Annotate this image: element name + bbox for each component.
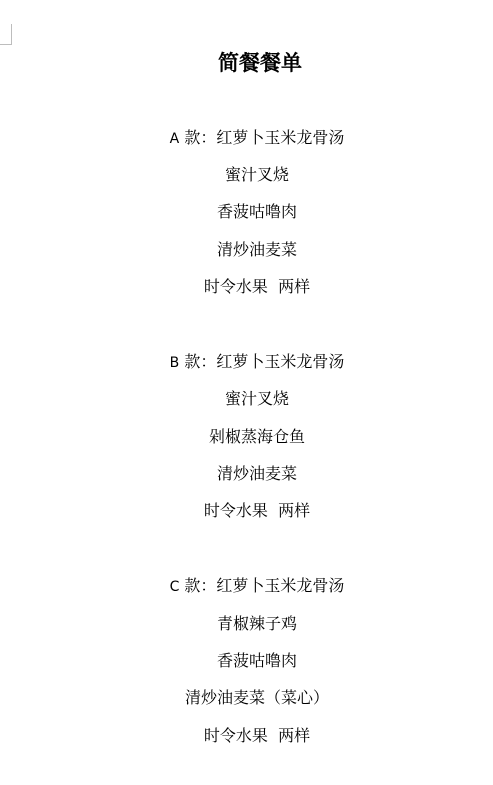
menu-b-item-2: 剁椒蒸海仓鱼 [0,426,493,448]
menu-b-item-1: 蜜汁叉烧 [0,388,493,410]
menu-a-soup: 款：红萝卜玉米龙骨汤 [179,128,344,147]
menu-a-item-1: 蜜汁叉烧 [0,164,493,186]
menu-a-item-3: 清炒油麦菜 [0,239,493,261]
menu-c-header: C 款：红萝卜玉米龙骨汤 [0,575,493,598]
menu-c-label: C [170,579,180,595]
menu-c-item-1: 青椒辣子鸡 [0,613,493,635]
menu-b-header: B 款：红萝卜玉米龙骨汤 [0,351,493,374]
menu-b-label: B [170,355,180,371]
page-title: 简餐餐单 [0,48,493,78]
menu-a-label: A [170,131,180,147]
page-corner-mark [0,24,12,45]
menu-a-item-2: 香菠咕噜肉 [0,201,493,223]
menu-c-item-2: 香菠咕噜肉 [0,650,493,672]
menu-c-item-4: 时令水果 两样 [0,725,493,747]
menu-c-item-3: 清炒油麦菜（菜心） [0,687,493,709]
menu-c-soup: 款：红萝卜玉米龙骨汤 [179,576,344,595]
menu-b-item-3: 清炒油麦菜 [0,463,493,485]
menu-a-item-4: 时令水果 两样 [0,276,493,298]
menu-a-header: A 款：红萝卜玉米龙骨汤 [0,127,493,150]
menu-b-item-4: 时令水果 两样 [0,500,493,522]
menu-b-soup: 款：红萝卜玉米龙骨汤 [179,352,344,371]
